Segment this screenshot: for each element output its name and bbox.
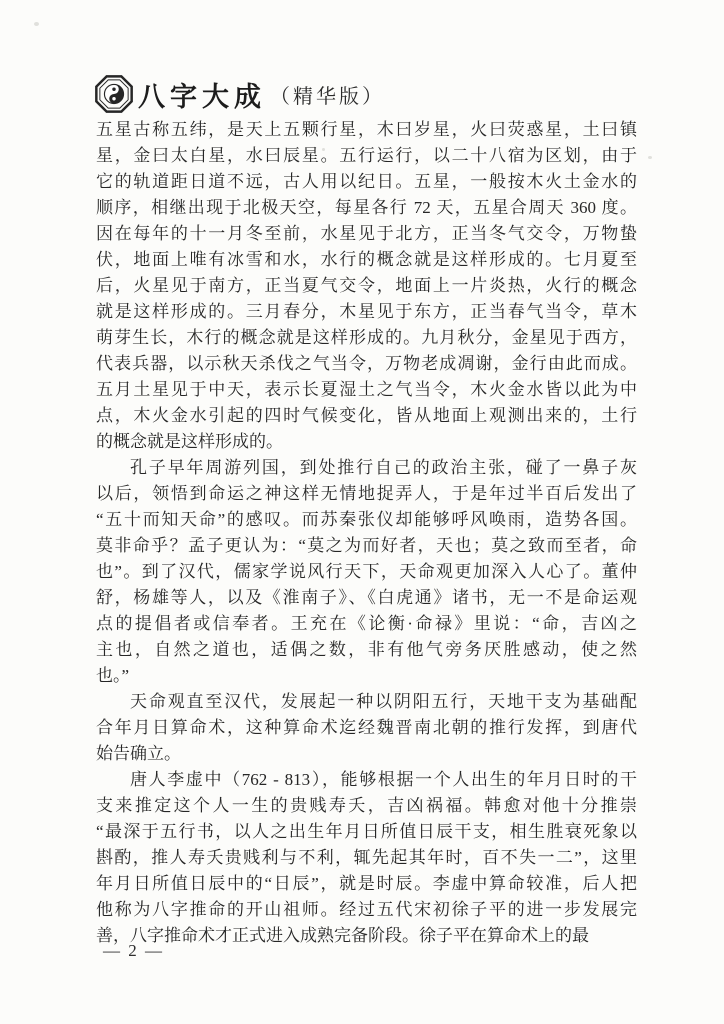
text-line: 星，金曰太白星，水曰辰星。五行运行，以二十八宿为区划，由于 (96, 143, 637, 169)
text-line: 支来推定这个人一生的贵贱寿夭，吉凶祸福。韩愈对他十分推崇 (96, 793, 637, 819)
scanned-book-page: 八字大成 （精华版） 五星古称五纬，是天上五颗行星，木曰岁星，火曰荧惑星，土曰镇… (0, 0, 724, 1024)
text-line: 舒，杨雄等人，以及《淮南子》、《白虎通》诸书，无一不是命运观 (96, 585, 637, 611)
taiji-bagua-icon (93, 73, 135, 115)
text-line: 点，木火金水引起的四时气候变化，皆从地面上观测出来的，土行 (96, 403, 637, 429)
text-line: 以后，领悟到命运之神这样无情地捉弄人，于是年过半百后发出了 (96, 481, 637, 507)
scan-speck (648, 156, 652, 159)
text-line: 年月日所值日辰中的“日辰”，就是时辰。李虚中算命较准，后人把 (96, 871, 637, 897)
paragraph: 天命观直至汉代，发展起一种以阴阳五行，天地干支为基础配合年月日算命术，这种算命术… (96, 689, 637, 767)
text-line: 唐人李虚中（762 - 813），能够根据一个人出生的年月日时的干 (96, 767, 637, 793)
text-line: 因在每年的十一月冬至前，水星见于北方，正当冬气交令，万物蛰 (96, 221, 637, 247)
text-line: 莫非命乎？孟子更认为：“莫之为而好者，天也；莫之致而至者，命 (96, 533, 637, 559)
text-line: 点的提倡者或信奉者。王充在《论衡·命禄》里说：“命，吉凶之 (96, 611, 637, 637)
paragraph: 五星古称五纬，是天上五颗行星，木曰岁星，火曰荧惑星，土曰镇星，金曰太白星，水曰辰… (96, 117, 637, 455)
text-line: “最深于五行书，以人之出生年月日所值日辰干支，相生胜衰死象以 (96, 819, 637, 845)
text-line: 就是这样形成的。三月春分，木星见于东方，正当春气当令，草木 (96, 299, 637, 325)
text-line: 主也，自然之道也，适偶之数，非有他气旁务厌胜感动，使之然 (96, 637, 637, 663)
text-line: 的概念就是这样形成的。 (96, 429, 637, 455)
text-line: “五十而知天命”的感叹。而苏秦张仪却能够呼风唤雨，造势各国。 (96, 507, 637, 533)
text-line: 五月土星见于中天，表示长夏湿土之气当令，木火金水皆以此为中 (96, 377, 637, 403)
text-line: 伏，地面上唯有冰雪和水，水行的概念就是这样形成的。七月夏至 (96, 247, 637, 273)
scan-speck (34, 22, 39, 26)
text-line: 五星古称五纬，是天上五颗行星，木曰岁星，火曰荧惑星，土曰镇 (96, 117, 637, 143)
text-line: 后，火星见于南方，正当夏气交令，地面上一片炎热，火行的概念 (96, 273, 637, 299)
text-line: 始告确立。 (96, 741, 637, 767)
book-edition: （精华版） (270, 80, 385, 109)
text-line: 萌芽生长，木行的概念就是这样形成的。九月秋分，金星见于西方， (96, 325, 637, 351)
text-line: 合年月日算命术，这种算命术迄经魏晋南北朝的推行发挥，到唐代 (96, 715, 637, 741)
book-title: 八字大成 (138, 75, 266, 114)
paragraph: 孔子早年周游列国，到处推行自己的政治主张，碰了一鼻子灰以后，领悟到命运之神这样无… (96, 455, 637, 689)
text-line: 也”。到了汉代，儒家学说风行天下，天命观更加深入人心了。董仲 (96, 559, 637, 585)
book-header: 八字大成 （精华版） (93, 72, 385, 116)
text-line: 善，八字推命术才正式进入成熟完备阶段。徐子平在算命术上的最 (96, 923, 637, 949)
page-body-text: 五星古称五纬，是天上五颗行星，木曰岁星，火曰荧惑星，土曰镇星，金曰太白星，水曰辰… (96, 117, 637, 949)
page-footer: — 2 — (103, 941, 164, 961)
text-line: 它的轨道距日道不远，古人用以纪日。五星，一般按木火土金水的 (96, 169, 637, 195)
paragraph: 唐人李虚中（762 - 813），能够根据一个人出生的年月日时的干支来推定这个人… (96, 767, 637, 949)
text-line: 代表兵器，以示秋天杀伐之气当令，万物老成凋谢，金行由此而成。 (96, 351, 637, 377)
text-line: 孔子早年周游列国，到处推行自己的政治主张，碰了一鼻子灰 (96, 455, 637, 481)
text-line: 顺序，相继出现于北极天空，每星各行 72 天，五星合周天 360 度。 (96, 195, 637, 221)
page-number: — 2 — (103, 941, 164, 960)
text-line: 也。” (96, 663, 637, 689)
text-line: 斟酌，推人寿夭贵贱利与不利，辄先起其年时，百不失一二”，这里 (96, 845, 637, 871)
text-line: 他称为八字推命的开山祖师。经过五代宋初徐子平的进一步发展完 (96, 897, 637, 923)
text-line: 天命观直至汉代，发展起一种以阴阳五行，天地干支为基础配 (96, 689, 637, 715)
